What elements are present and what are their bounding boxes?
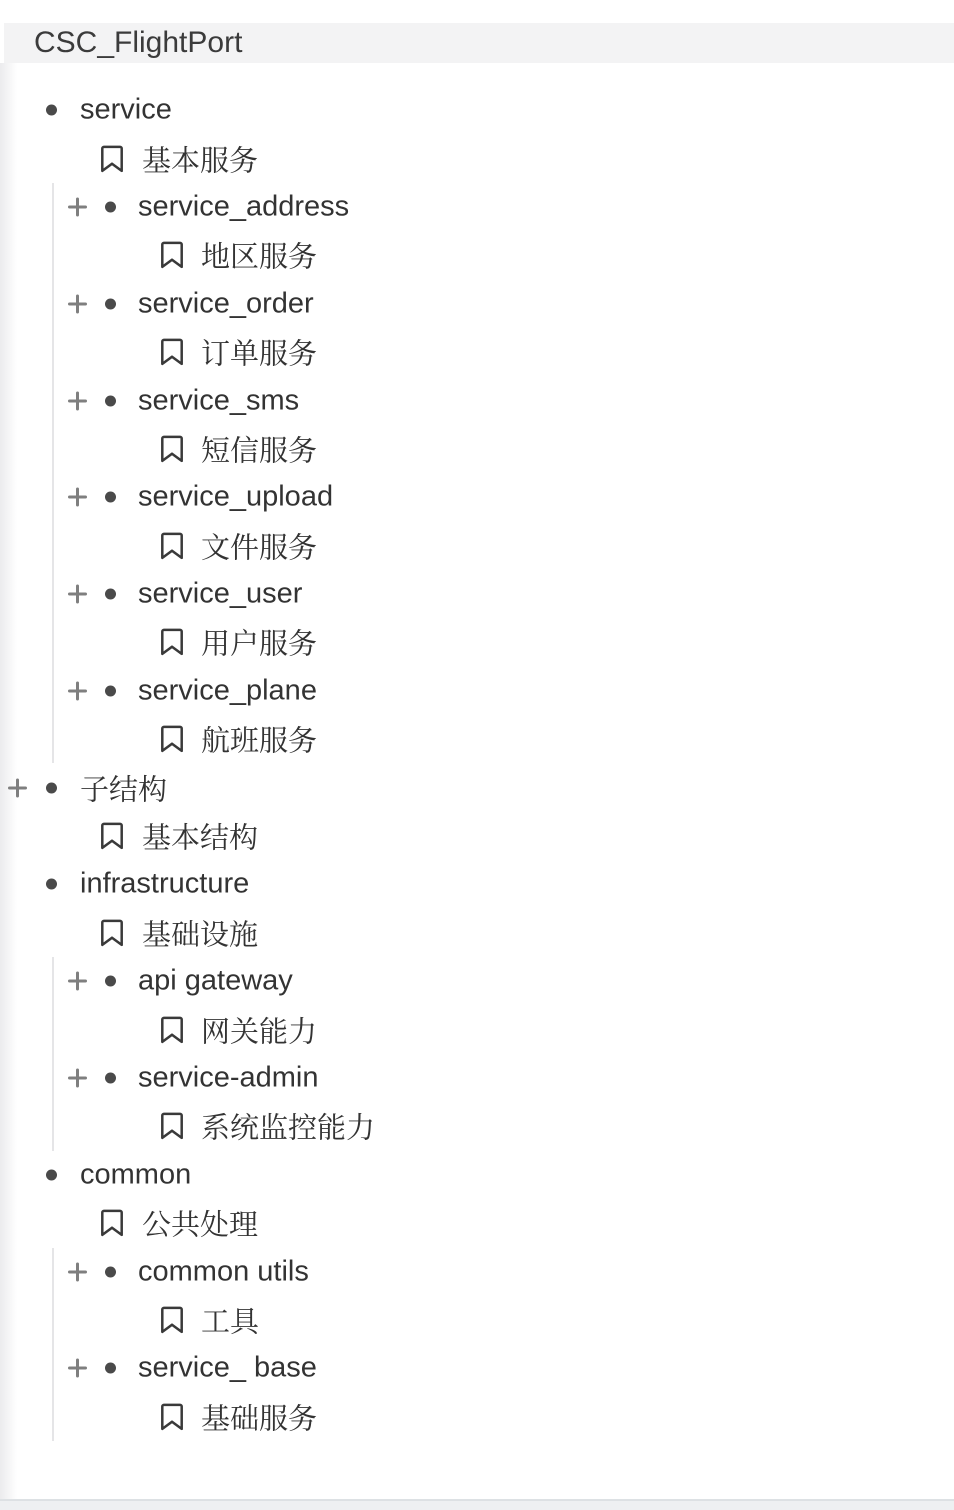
bookmark-icon — [161, 339, 183, 366]
expand-plus-icon[interactable] — [68, 1359, 87, 1378]
expand-plus-icon[interactable] — [68, 391, 87, 410]
bullet-icon — [105, 492, 116, 503]
note-row[interactable]: 系统监控能力 — [0, 1102, 954, 1150]
note-label: 基础设施 — [142, 912, 258, 953]
note-label: 网关能力 — [201, 1009, 317, 1050]
bookmark-icon — [101, 1210, 123, 1237]
bookmark-icon — [161, 726, 183, 753]
note-row[interactable]: 基本服务 — [0, 134, 954, 182]
note-label: 航班服务 — [201, 719, 317, 760]
note-label: 工具 — [201, 1299, 259, 1340]
note-label: 公共处理 — [142, 1203, 258, 1244]
topic-service-base[interactable]: service_ base — [0, 1344, 954, 1392]
bookmark-icon — [101, 145, 123, 172]
note-label: 文件服务 — [201, 525, 317, 566]
bullet-icon — [105, 298, 116, 309]
topic-label: service_sms — [138, 384, 299, 417]
note-label: 地区服务 — [201, 235, 317, 276]
topic-label: service_address — [138, 190, 349, 223]
topic-label: api gateway — [138, 965, 293, 998]
note-row[interactable]: 地区服务 — [0, 231, 954, 279]
topic-common-utils[interactable]: common utils — [0, 1247, 954, 1295]
bullet-icon — [46, 879, 57, 890]
note-row[interactable]: 基础服务 — [0, 1393, 954, 1441]
topic-label: service-admin — [138, 1062, 319, 1095]
note-row[interactable]: 公共处理 — [0, 1199, 954, 1247]
expand-plus-icon[interactable] — [68, 972, 87, 991]
bookmark-icon — [101, 823, 123, 850]
bullet-icon — [46, 1169, 57, 1180]
topic-service-order[interactable]: service_order — [0, 280, 954, 328]
expand-plus-icon[interactable] — [8, 778, 27, 797]
note-row[interactable]: 航班服务 — [0, 715, 954, 763]
topic-service[interactable]: service — [0, 86, 954, 134]
topic-service-plane[interactable]: service_plane — [0, 667, 954, 715]
document-title: CSC_FlightPort — [34, 23, 242, 63]
bullet-icon — [105, 976, 116, 987]
expand-plus-icon[interactable] — [68, 585, 87, 604]
topic-substructure[interactable]: 子结构 — [0, 763, 954, 811]
topic-service-sms[interactable]: service_sms — [0, 376, 954, 424]
note-row[interactable]: 基本结构 — [0, 812, 954, 860]
topic-label: service_plane — [138, 674, 317, 707]
note-row[interactable]: 短信服务 — [0, 425, 954, 473]
bookmark-icon — [161, 1306, 183, 1333]
bullet-icon — [46, 782, 57, 793]
topic-label: service_upload — [138, 481, 333, 514]
expand-plus-icon[interactable] — [68, 681, 87, 700]
topic-label: common — [80, 1158, 191, 1191]
topic-label: infrastructure — [80, 868, 249, 901]
bottom-bar — [0, 1499, 954, 1510]
topic-label: service — [80, 94, 172, 127]
bullet-icon — [105, 589, 116, 600]
note-label: 系统监控能力 — [201, 1106, 375, 1147]
expand-plus-icon[interactable] — [68, 197, 87, 216]
topic-label: common utils — [138, 1255, 309, 1288]
bullet-icon — [105, 201, 116, 212]
expand-plus-icon[interactable] — [68, 1069, 87, 1088]
expand-plus-icon[interactable] — [68, 294, 87, 313]
note-label: 用户服务 — [201, 622, 317, 663]
note-row[interactable]: 工具 — [0, 1296, 954, 1344]
bullet-icon — [46, 105, 57, 116]
expand-plus-icon[interactable] — [68, 488, 87, 507]
note-label: 基本服务 — [142, 138, 258, 179]
topic-label: service_ base — [138, 1352, 317, 1385]
note-label: 短信服务 — [201, 428, 317, 469]
bookmark-icon — [161, 1113, 183, 1140]
topic-service-admin[interactable]: service-admin — [0, 1054, 954, 1102]
topic-label: service_order — [138, 287, 314, 320]
bullet-icon — [105, 1266, 116, 1277]
note-row[interactable]: 网关能力 — [0, 1005, 954, 1053]
topic-service-user[interactable]: service_user — [0, 570, 954, 618]
note-label: 基础服务 — [201, 1396, 317, 1437]
bookmark-icon — [161, 532, 183, 559]
topic-service-address[interactable]: service_address — [0, 183, 954, 231]
bullet-icon — [105, 685, 116, 696]
outline-tree: service 基本服务 service_address 地区服务 servic… — [0, 86, 954, 1441]
topic-infrastructure[interactable]: infrastructure — [0, 860, 954, 908]
expand-plus-icon[interactable] — [68, 1262, 87, 1281]
note-row[interactable]: 基础设施 — [0, 909, 954, 957]
bookmark-icon — [101, 919, 123, 946]
bookmark-icon — [161, 1016, 183, 1043]
note-label: 订单服务 — [201, 332, 317, 373]
topic-label: service_user — [138, 578, 302, 611]
bullet-icon — [105, 1073, 116, 1084]
topic-api-gateway[interactable]: api gateway — [0, 957, 954, 1005]
topic-label: 子结构 — [80, 767, 167, 808]
bookmark-icon — [161, 629, 183, 656]
document-title-bar: CSC_FlightPort — [4, 23, 954, 63]
note-row[interactable]: 文件服务 — [0, 522, 954, 570]
note-label: 基本结构 — [142, 816, 258, 857]
bookmark-icon — [161, 435, 183, 462]
bookmark-icon — [161, 242, 183, 269]
note-row[interactable]: 订单服务 — [0, 328, 954, 376]
topic-common[interactable]: common — [0, 1151, 954, 1199]
note-row[interactable]: 用户服务 — [0, 618, 954, 666]
topic-service-upload[interactable]: service_upload — [0, 473, 954, 521]
bullet-icon — [105, 1363, 116, 1374]
bookmark-icon — [161, 1403, 183, 1430]
bullet-icon — [105, 395, 116, 406]
